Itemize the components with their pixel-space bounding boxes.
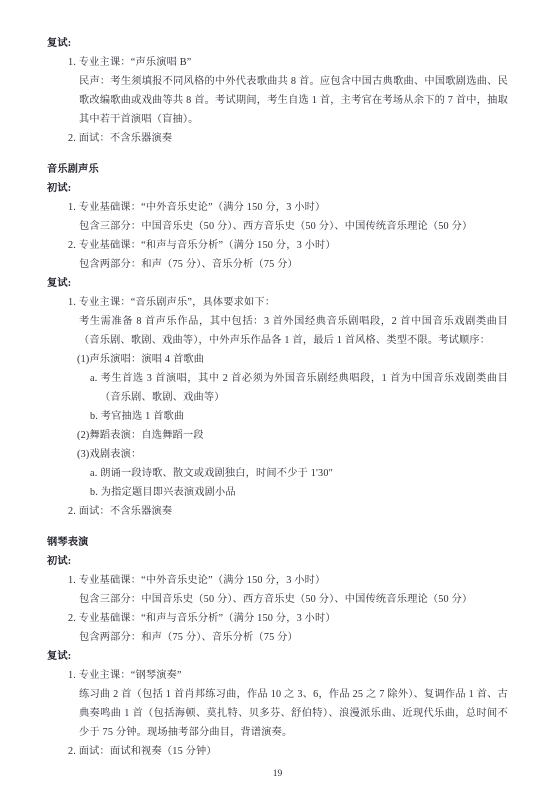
sub-item: (1)声乐演唱：演唱 4 首歌曲 bbox=[47, 350, 508, 369]
list-item: 2. 面试：不含乐器演奏 bbox=[47, 502, 508, 521]
paragraph: 民声：考生须填报不同风格的中外代表歌曲共 8 首。应包含中国古典歌曲、中国歌剧选… bbox=[47, 72, 508, 129]
sub-item: (2)舞蹈表演：自选舞蹈一段 bbox=[47, 426, 508, 445]
list-item: 2. 面试：不含乐器演奏 bbox=[47, 129, 508, 148]
section-title: 音乐剧声乐 bbox=[47, 160, 508, 179]
stage-heading: 复试: bbox=[47, 647, 508, 666]
paragraph: 包含三部分：中国音乐史（50 分）、西方音乐史（50 分）、中国传统音乐理论（5… bbox=[47, 590, 508, 609]
sub-sub-item: b. 为指定题目即兴表演戏剧小品 bbox=[47, 483, 508, 502]
document-blocks: 复试:1. 专业主课：“声乐演唱 B”民声：考生须填报不同风格的中外代表歌曲共 … bbox=[47, 34, 508, 761]
paragraph: 包含两部分：和声（75 分）、音乐分析（75 分） bbox=[47, 628, 508, 647]
stage-heading: 初试: bbox=[47, 552, 508, 571]
sub-item: (3)戏剧表演： bbox=[47, 445, 508, 464]
list-item: 1. 专业基础课：“中外音乐史论”（满分 150 分，3 小时） bbox=[47, 198, 508, 217]
paragraph: 考生需准备 8 首声乐作品，其中包括：3 首外国经典音乐剧唱段，2 首中国音乐戏… bbox=[47, 312, 508, 350]
list-item: 1. 专业主课：“音乐剧声乐”，具体要求如下： bbox=[47, 293, 508, 312]
stage-heading: 复试: bbox=[47, 274, 508, 293]
list-item: 1. 专业基础课：“中外音乐史论”（满分 150 分，3 小时） bbox=[47, 571, 508, 590]
list-item: 1. 专业主课：“声乐演唱 B” bbox=[47, 53, 508, 72]
sub-sub-item: a. 考生首选 3 首演唱，其中 2 首必须为外国音乐剧经典唱段，1 首为中国音… bbox=[47, 369, 508, 407]
sub-sub-item: b. 考官抽选 1 首歌曲 bbox=[47, 407, 508, 426]
sub-sub-item: a. 朗诵一段诗歌、散文或戏剧独白，时间不少于 1'30" bbox=[47, 464, 508, 483]
list-item: 2. 专业基础课：“和声与音乐分析”（满分 150 分，3 小时） bbox=[47, 609, 508, 628]
document-page: 复试:1. 专业主课：“声乐演唱 B”民声：考生须填报不同风格的中外代表歌曲共 … bbox=[0, 0, 555, 786]
paragraph: 包含三部分：中国音乐史（50 分）、西方音乐史（50 分）、中国传统音乐理论（5… bbox=[47, 217, 508, 236]
stage-heading: 初试: bbox=[47, 179, 508, 198]
list-item: 1. 专业主课：“钢琴演奏” bbox=[47, 666, 508, 685]
paragraph: 包含两部分：和声（75 分）、音乐分析（75 分） bbox=[47, 255, 508, 274]
stage-heading: 复试: bbox=[47, 34, 508, 53]
list-item: 2. 专业基础课：“和声与音乐分析”（满分 150 分，3 小时） bbox=[47, 236, 508, 255]
list-item: 2. 面试：面试和视奏（15 分钟） bbox=[47, 742, 508, 761]
paragraph: 练习曲 2 首（包括 1 首肖邦练习曲，作品 10 之 3、6，作品 25 之 … bbox=[47, 685, 508, 742]
page-number: 19 bbox=[47, 767, 508, 781]
section-title: 钢琴表演 bbox=[47, 533, 508, 552]
